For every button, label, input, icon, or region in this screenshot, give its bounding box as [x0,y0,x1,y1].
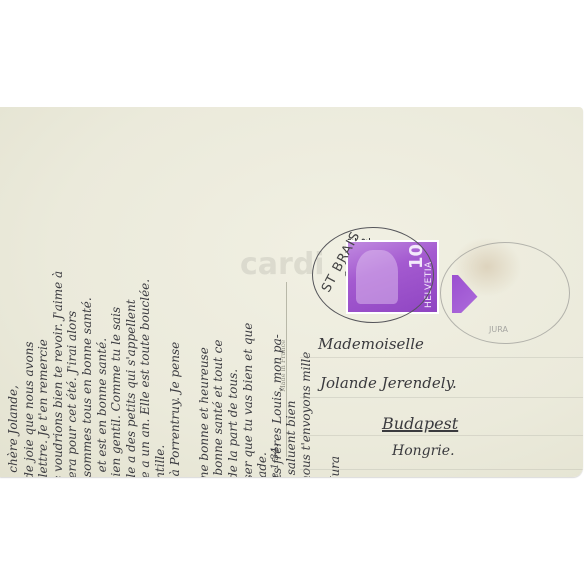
message-line: C'est avec grande joie que nous avons [22,224,37,477]
message-line: reçu ta gentille lettre. Je t'en remerci… [36,224,51,477]
address-name: Jolande Jerendely. [320,374,457,392]
message-line: tu n'es plus malade. [255,224,270,477]
message-line: Elle est bien gentille. [153,224,168,477]
message-line: Il est grand et bien gentil. Comme tu le… [109,224,124,477]
message-salutation: Bien chère Jolande, [6,224,21,477]
message-line: Je suis toujours à Porrentruy. Je pense [168,224,183,477]
postmark: ST BRAIS [312,227,434,323]
address-rule [300,435,583,436]
message-line: Bernard va bien et est en bonne santé. [95,224,110,477]
message-line: Odette et moi, nous t'envoyons mille [299,224,314,477]
message-line: souvent à toi. [182,224,197,477]
address-title: Mademoiselle [318,335,424,353]
address-city: Budapest [382,414,458,433]
message-line: beaucoup. Nous voudrions bien te revoir.… [51,224,66,477]
message-line: penser que ce sera pour cet été. J'irai … [65,224,80,477]
postcard-back: cardi Made in France Bien chère Jolande,… [0,107,583,477]
message-line: que tu désires, de la part de tous. [226,224,241,477]
message-line: vous voir. Nous sommes tous en bonne san… [80,224,95,477]
message-line: Je suis mes petits frères Louis, mon pa- [270,224,285,477]
message-line: Yvonne Rosé, elle a des petits qui s'app… [124,224,139,477]
message-line: Anne-Marie. Elle a un an. Elle est toute… [138,224,153,477]
message-line: Je n'aime à penser que tu vas bien et qu… [241,224,256,477]
address-rule [300,357,583,358]
address-country: Hongrie. [392,443,455,459]
address-rule [300,397,583,398]
message-line: pa et maman te saluent bien [284,224,299,477]
message-line: année, une très bonne santé et tout ce [211,224,226,477]
message-line: Je te souhaite une bonne et heureuse [197,224,212,477]
message-date: 3e 1.34. [270,445,288,477]
address-rule [300,469,583,470]
handwritten-message: Bien chère Jolande, C'est avec grande jo… [0,214,270,477]
